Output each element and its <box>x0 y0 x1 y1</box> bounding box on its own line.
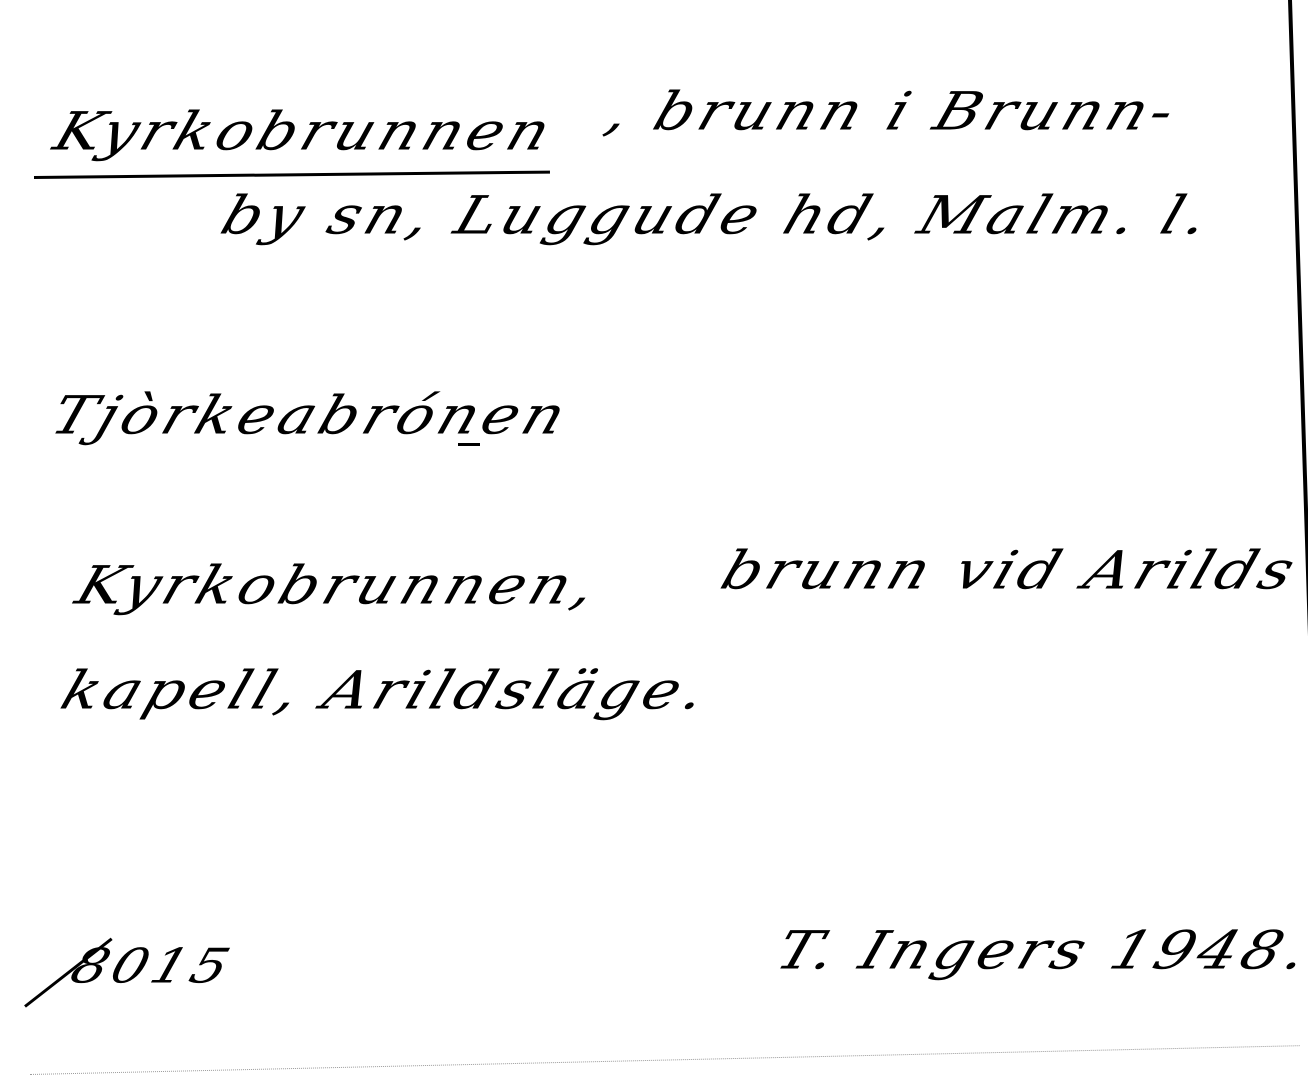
entry1-line2: by sn, Luggude hd, Malm. l. <box>215 189 1219 242</box>
card-right-edge <box>1288 0 1308 700</box>
reference-number: 8015 <box>65 943 239 991</box>
length-mark <box>458 443 480 446</box>
entry1-headword: Kyrkobrunnen <box>48 105 561 158</box>
archive-card: Kyrkobrunnen , brunn i Brunn- by sn, Lug… <box>0 0 1308 1088</box>
entry3-line1-rest: brunn vid Arilds <box>715 544 1305 597</box>
scan-edge-noise <box>30 1045 1300 1076</box>
entry3-line2: kapell, Arildsläge. <box>55 664 717 717</box>
entry1-line1-rest: , brunn i Brunn- <box>600 85 1185 138</box>
entry2-dialect-form: Tjòrkeabrónen <box>45 389 576 442</box>
entry3-name: Kyrkobrunnen, <box>70 559 606 612</box>
headword-underline <box>34 171 550 179</box>
collector-signature: T. Ingers 1948. <box>770 924 1308 977</box>
